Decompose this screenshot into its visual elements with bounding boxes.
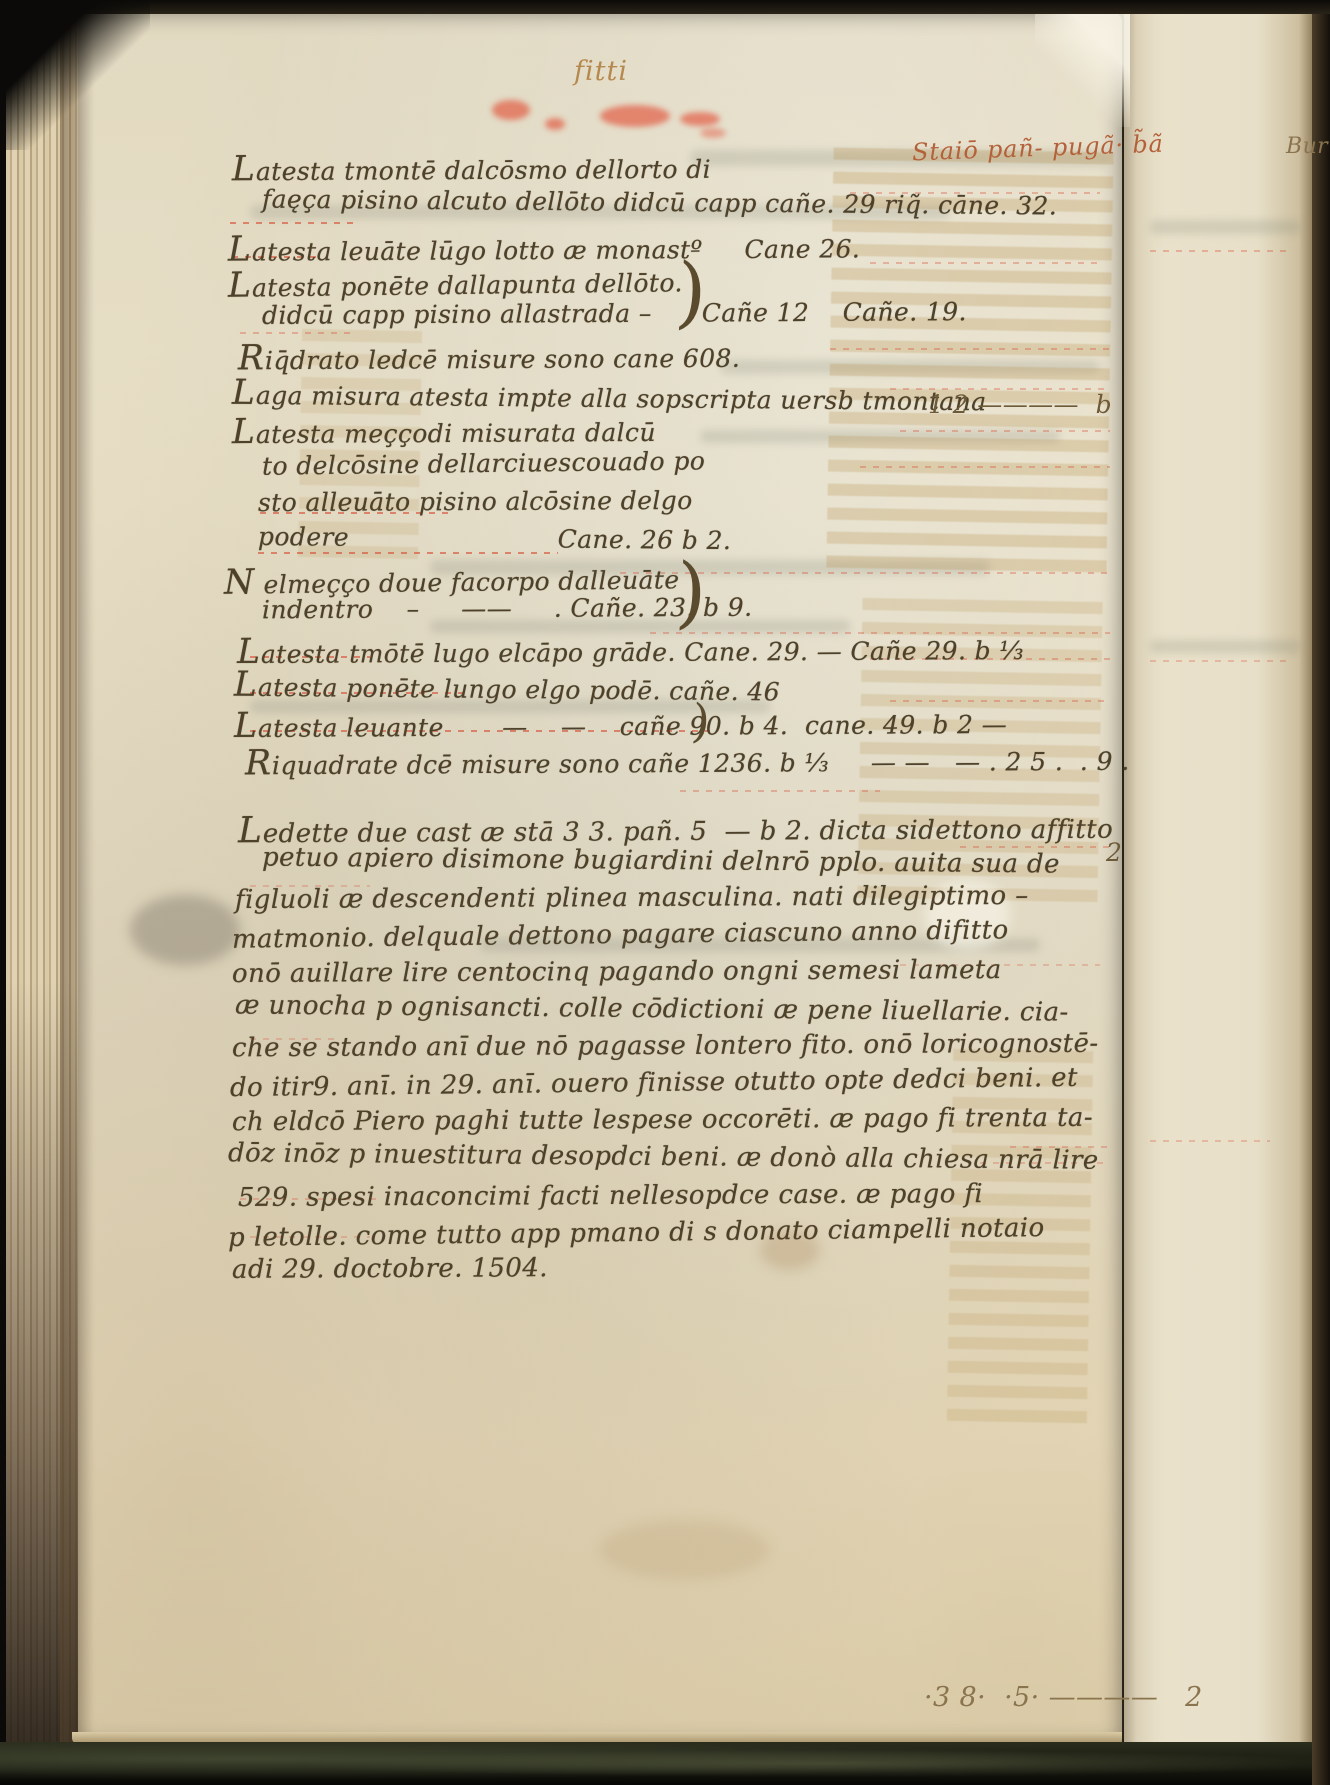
paragraph-line: onō auillare lire centocinq pagando ongn… bbox=[232, 955, 1002, 989]
red-smudge bbox=[600, 105, 670, 127]
red-smudge bbox=[492, 100, 530, 120]
measure-line: didcū capp pisino allastrada – Cañe 12 C… bbox=[262, 297, 967, 330]
margin-value: 1 2 ———— b bbox=[928, 390, 1112, 419]
photo-background-top bbox=[0, 0, 1330, 14]
red-ruling-line bbox=[900, 430, 1110, 432]
manuscript-photo: fitti Staiō pañ- pugã· b̃ã Bur Latesta t… bbox=[0, 0, 1330, 1785]
measure-line: Latesta meççodi misurata dalcū bbox=[232, 410, 656, 452]
dog-ear-corner bbox=[1035, 12, 1130, 127]
red-ruling-line bbox=[240, 332, 350, 334]
paragraph-line: adi 29. doctobre. 1504. bbox=[232, 1253, 548, 1285]
measure-line: to delcōsine dellarciuescouado po bbox=[262, 446, 706, 480]
red-ruling-line bbox=[1150, 660, 1290, 662]
book-cover bbox=[0, 1742, 1330, 1785]
measure-line: Riq̄drato ledcē misure sono cane 608. bbox=[238, 336, 740, 379]
measure-line: podere Cane. 26 b 2. bbox=[258, 522, 732, 555]
red-ruling-line bbox=[860, 466, 1110, 468]
red-ruling-line bbox=[680, 790, 880, 792]
red-ruling-line bbox=[1150, 250, 1290, 252]
red-smudge bbox=[700, 128, 726, 138]
brace-mark: ) bbox=[674, 547, 709, 638]
red-ruling-line bbox=[230, 222, 360, 224]
measure-line: Latesta tmontē dalcōsmo dellorto di bbox=[232, 147, 711, 190]
red-ruling-line bbox=[1150, 1140, 1270, 1142]
ghost-showthrough bbox=[1150, 640, 1300, 653]
stain bbox=[130, 895, 240, 965]
measure-line: sto alleuāto pisino alcōsine delgo bbox=[258, 486, 693, 517]
paragraph-line: figluoli æ descendenti plinea masculina.… bbox=[235, 881, 1029, 915]
folio-numbers: ·3 8· ·5· ———— 2 bbox=[924, 1682, 1203, 1713]
page-stack-shadow bbox=[60, 0, 94, 1785]
photo-background-corner bbox=[0, 0, 150, 150]
red-smudge bbox=[545, 118, 565, 130]
red-ruling-line bbox=[830, 348, 1110, 350]
ghost-showthrough bbox=[1150, 220, 1300, 234]
page-title: fitti bbox=[574, 56, 628, 87]
measure-line: Riquadrate dcē misure sono cañe 1236. b … bbox=[245, 739, 1130, 784]
adjacent-page-text: Bur bbox=[1286, 134, 1328, 159]
red-ruling-line bbox=[870, 262, 1100, 264]
stain bbox=[600, 1520, 770, 1580]
paragraph-line: ch eldcō Piero paghi tutte lespese occor… bbox=[232, 1103, 1093, 1138]
red-smudge bbox=[680, 112, 720, 126]
brace-mark: ) bbox=[673, 247, 710, 339]
book-cover-right bbox=[1312, 0, 1330, 1785]
paragraph-line: 529. spesi inaconcimi facti nellesopdce … bbox=[238, 1179, 983, 1213]
paragraph-line: che se stando anī due nō pagasse lontero… bbox=[232, 1029, 1099, 1064]
